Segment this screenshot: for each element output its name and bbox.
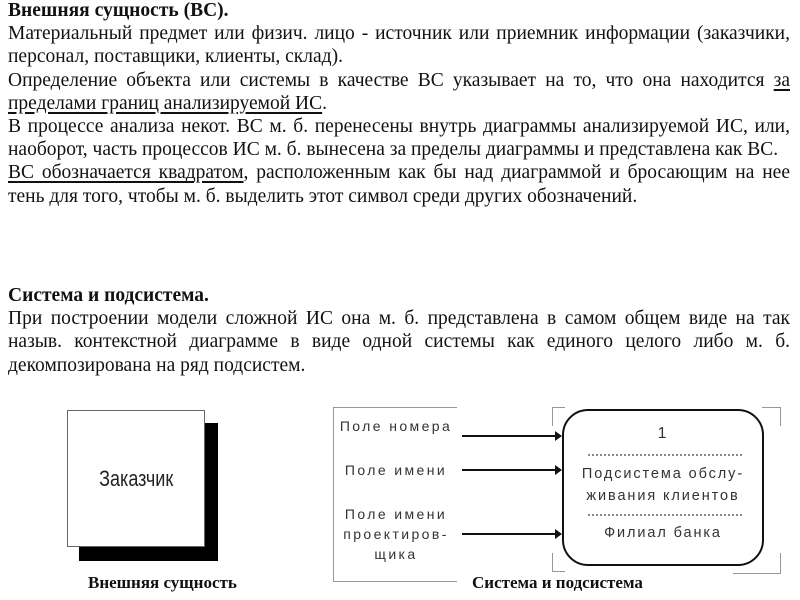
field-designer-line3: щика — [334, 544, 458, 564]
process-id: 1 — [564, 423, 762, 445]
field-number-text: Поле номера — [340, 418, 452, 434]
paragraph-notation: ВС обозначается квадратом, расположенным… — [8, 161, 790, 207]
process-location: Филиал банка — [564, 522, 762, 544]
process-name: Подсистема обслу- живания клиентов — [564, 463, 762, 507]
process-name-line2: живания клиентов — [564, 485, 762, 507]
paragraph-boundary: Определение объекта или системы в качест… — [8, 69, 790, 115]
section-external-entity: Внешняя сущность (ВС). Материальный пред… — [8, 0, 790, 208]
dotted-divider — [588, 514, 742, 516]
caption-system: Система и подсистема — [472, 573, 643, 593]
arrow-right-icon — [462, 533, 560, 535]
field-designer-line1: Поле имени — [334, 504, 458, 524]
paragraph-analysis: В процессе анализа некот. ВС м. б. перен… — [8, 115, 790, 161]
heading-external-entity: Внешняя сущность (ВС). — [8, 0, 790, 22]
diagram-area: Заказчик Внешняя сущность Поле номера По… — [0, 395, 800, 600]
paragraph-definition: Материальный предмет или физич. лицо - и… — [8, 22, 790, 68]
external-entity-box: Заказчик — [67, 410, 205, 547]
bracket-bottom-left — [552, 553, 565, 572]
heading-system: Система и подсистема. — [8, 284, 790, 307]
arrow-right-icon — [462, 469, 560, 471]
dotted-divider — [588, 454, 742, 456]
section-system: Система и подсистема. При построении мод… — [8, 284, 790, 377]
paragraph-boundary-end: . — [322, 93, 327, 114]
field-name: Поле имени — [334, 460, 458, 480]
paragraph-system: При построении модели сложной ИС она м. … — [8, 307, 790, 377]
field-name-text: Поле имени — [345, 462, 447, 478]
underlined-notation-text: ВС обозначается квадратом — [8, 162, 244, 183]
arrow-right-icon — [462, 435, 560, 437]
process-name-line1: Подсистема обслу- — [564, 463, 762, 485]
subsystem-process-box: 1 Подсистема обслу- живания клиентов Фил… — [562, 409, 764, 566]
field-designer-line2: проектиров- — [334, 524, 458, 544]
field-designer-name: Поле имени проектиров- щика — [334, 504, 458, 564]
entity-label: Заказчик — [99, 466, 173, 492]
caption-external-entity: Внешняя сущность — [88, 573, 237, 593]
field-number: Поле номера — [334, 416, 458, 436]
paragraph-boundary-text: Определение объекта или системы в качест… — [8, 70, 774, 91]
fields-box: Поле номера Поле имени Поле имени проект… — [333, 407, 457, 582]
bracket-top-right — [762, 407, 781, 426]
